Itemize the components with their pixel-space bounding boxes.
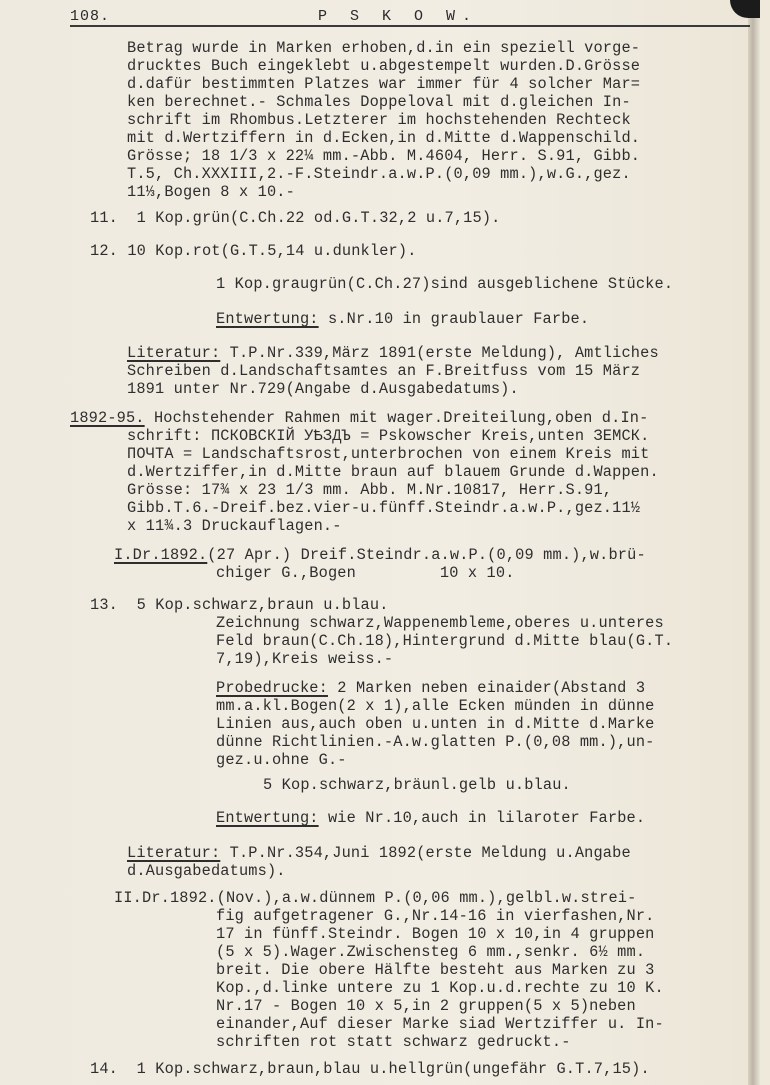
text-line: T.5, Ch.XXXIII,2.-F.Steindr.a.w.P.(0,09 …: [127, 166, 631, 183]
text-line: d.Ausgabedatums).: [127, 863, 286, 880]
literatur-text: T.P.Nr.354,Juni 1892(erste Meldung u.Ang…: [220, 844, 631, 862]
text-line: drucktes Buch eingeklebt u.abgestempelt …: [127, 58, 640, 75]
document-page: 108. P S K O W. Betrag wurde in Marken e…: [0, 0, 760, 1085]
probedrucke-text: 2 Marken neben einaider(Abstand 3: [328, 679, 645, 697]
page-header: 108. P S K O W.: [70, 4, 750, 26]
catalog-item-12: 12. 10 Kop.rot(G.T.5,14 u.dunkler).: [90, 243, 417, 260]
text-line: Gibb.T.6.-Dreif.bez.vier-u.fünff.Steindr…: [127, 500, 640, 517]
catalog-item-14: 14. 1 Kop.schwarz,braun,blau u.hellgrün(…: [90, 1061, 650, 1078]
text-line: I.Dr.1892.(27 Apr.) Dreif.Steindr.a.w.P.…: [114, 547, 646, 564]
text-line: dünne Richtlinien.-A.w.glatten P.(0,08 m…: [216, 734, 655, 751]
text-line: mm.a.kl.Bogen(2 x 1),alle Ecken münden i…: [216, 698, 655, 715]
literatur-label: Literatur:: [127, 344, 220, 362]
text-line: Feld braun(C.Ch.18),Hintergrund d.Mitte …: [216, 633, 673, 650]
text-line: gez.u.ohne G.-: [216, 752, 347, 769]
text-line: 11⅓,Bogen 8 x 10.-: [127, 184, 295, 201]
entwertung-1: Entwertung: s.Nr.10 in graublauer Farbe.: [216, 311, 589, 328]
text-line: breit. Die obere Hälfte besteht aus Mark…: [216, 962, 655, 979]
text-line: 17 in fünff.Steindr. Bogen 10 x 10,in 4 …: [216, 926, 655, 943]
text-line: Betrag wurde in Marken erhoben,d.in ein …: [127, 40, 640, 57]
text-line: Grösse; 18 1/3 x 22¼ mm.-Abb. M.4604, He…: [127, 148, 640, 165]
issue-label: 1892-95.: [70, 409, 145, 427]
literatur-text: T.P.Nr.339,März 1891(erste Meldung), Amt…: [220, 344, 659, 362]
print-run-label: I.Dr.1892.: [114, 546, 207, 564]
probedrucke-label: Probedrucke:: [216, 679, 328, 697]
text-line: Kop.,d.linke untere zu 1 Kop.u.d.rechte …: [216, 980, 664, 997]
item-title: 13. 5 Kop.schwarz,braun u.blau.: [90, 597, 389, 614]
text-line: 1891 unter Nr.729(Angabe d.Ausgabedatums…: [127, 381, 519, 398]
text-line: schrift im Rhombus.Letzterer im hochsteh…: [127, 112, 631, 129]
text-line: einander,Auf dieser Marke siad Wertziffe…: [216, 1016, 664, 1033]
text-line: fig aufgetragener G.,Nr.14-16 in vierfas…: [216, 908, 655, 925]
text-line: 7,19),Kreis weiss.-: [216, 651, 393, 668]
page-number: 108.: [70, 8, 110, 25]
text-line: Linien aus,auch oben u.unten in d.Mitte …: [216, 716, 655, 733]
text-line: ПОЧТА = Landschaftsrost,unterbrochen von…: [127, 446, 649, 463]
catalog-item-11: 11. 1 Kop.grün(C.Ch.22 od.G.T.32,2 u.7,1…: [90, 210, 501, 227]
entwertung-label: Entwertung:: [216, 809, 319, 827]
print-run-text: (27 Apr.) Dreif.Steindr.a.w.P.(0,09 mm.)…: [207, 546, 646, 564]
text-line: chiger G.,Bogen 10 x 10.: [216, 565, 515, 582]
text-line: d.Wertziffer,in d.Mitte braun auf blauem…: [127, 464, 659, 481]
text-line: mit d.Wertziffern in d.Ecken,in d.Mitte …: [127, 130, 640, 147]
text-line: Literatur: T.P.Nr.354,Juni 1892(erste Me…: [127, 845, 631, 862]
running-title: P S K O W.: [318, 8, 478, 25]
issue-text: Hochstehender Rahmen mit wager.Dreiteilu…: [145, 409, 649, 427]
text-line: Probedrucke: 2 Marken neben einaider(Abs…: [216, 680, 645, 697]
text-line: Grösse: 17¾ x 23 1/3 mm. Abb. M.Nr.10817…: [127, 482, 612, 499]
text-line: d.dafür bestimmten Platzes war immer für…: [127, 76, 640, 93]
text-line: II.Dr.1892.(Nov.),a.w.dünnem P.(0,06 mm.…: [114, 890, 636, 907]
page-edge-shadow: [748, 0, 760, 1085]
text-line: (5 x 5).Wager.Zwischensteg 6 mm.,senkr. …: [216, 944, 645, 961]
text-line: Schreiben d.Landschaftsamtes an F.Breitf…: [127, 363, 640, 380]
entwertung-text: s.Nr.10 in graublauer Farbe.: [319, 310, 590, 328]
note-5kop: 5 Kop.schwarz,bräunl.gelb u.blau.: [263, 777, 571, 794]
text-line: Zeichnung schwarz,Wappenembleme,oberes u…: [216, 615, 664, 632]
text-line: schrift: ПСКОВСКІЙ УѢЗДЪ = Pskowscher Kr…: [127, 428, 649, 445]
text-line: 1892-95. Hochstehender Rahmen mit wager.…: [70, 410, 648, 427]
text-line: Literatur: T.P.Nr.339,März 1891(erste Me…: [127, 345, 659, 362]
text-line: schriften rot statt schwarz gedruckt.-: [216, 1034, 571, 1051]
text-line: ken berechnet.- Schmales Doppeloval mit …: [127, 94, 631, 111]
text-line: Nr.17 - Bogen 10 x 5,in 2 gruppen(5 x 5)…: [216, 998, 636, 1015]
note-graugruen: 1 Kop.graugrün(C.Ch.27)sind ausgeblichen…: [216, 276, 673, 293]
text-line: x 11¾.3 Druckauflagen.-: [127, 518, 342, 535]
literatur-label: Literatur:: [127, 844, 220, 862]
entwertung-2: Entwertung: wie Nr.10,auch in lilaroter …: [216, 810, 645, 827]
header-rule: [70, 25, 750, 27]
entwertung-text: wie Nr.10,auch in lilaroter Farbe.: [319, 809, 646, 827]
entwertung-label: Entwertung:: [216, 310, 319, 328]
